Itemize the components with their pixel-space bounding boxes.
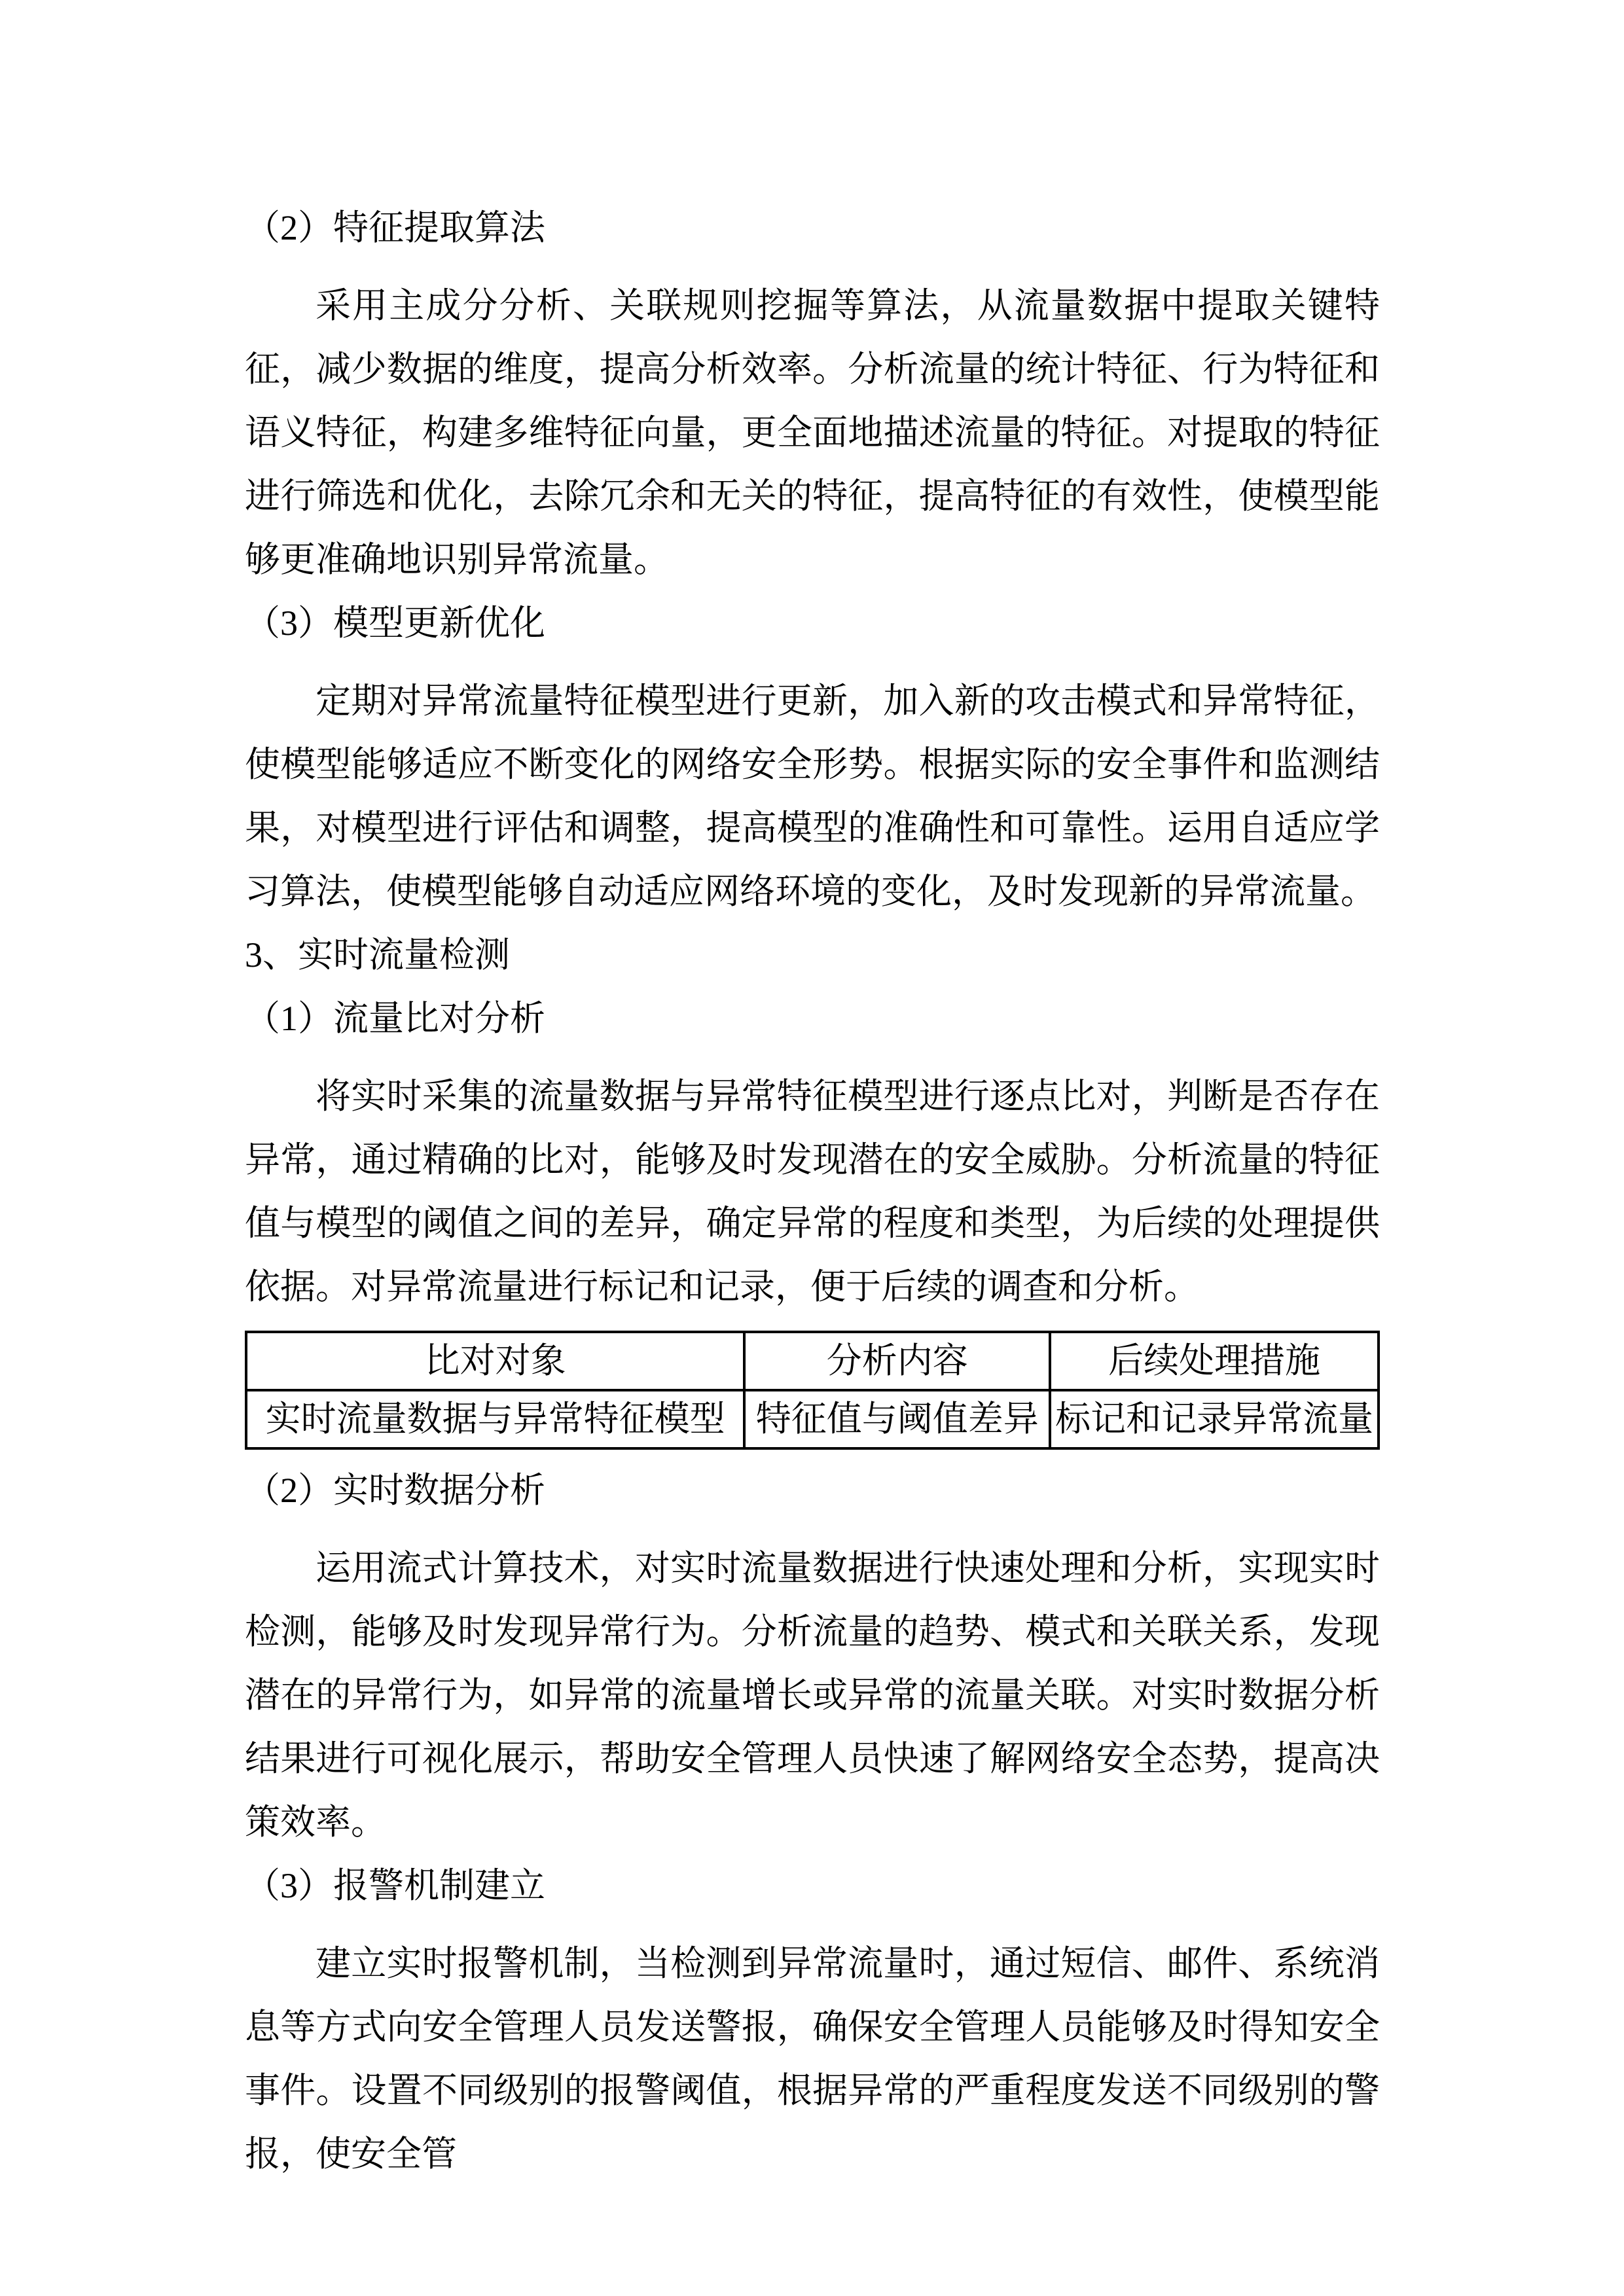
table-header-comparison-object: 比对对象	[246, 1332, 744, 1390]
para-model-update: 定期对异常流量特征模型进行更新，加入新的攻击模式和异常特征，使模型能够适应不断变…	[245, 670, 1380, 924]
para-feature-extraction: 采用主成分分析、关联规则挖掘等算法，从流量数据中提取关键特征，减少数据的维度，提…	[245, 274, 1380, 592]
document-page: （2）特征提取算法 采用主成分分析、关联规则挖掘等算法，从流量数据中提取关键特征…	[0, 0, 1624, 2296]
heading-traffic-comparison-analysis: （1）流量比对分析	[245, 987, 1380, 1050]
table-cell-followup-measures: 标记和记录异常流量	[1050, 1390, 1379, 1448]
heading-model-update-optimization: （3）模型更新优化	[245, 592, 1380, 655]
comparison-table: 比对对象 分析内容 后续处理措施 实时流量数据与异常特征模型 特征值与阈值差异 …	[245, 1331, 1380, 1450]
para-traffic-comparison: 将实时采集的流量数据与异常特征模型进行逐点比对，判断是否存在异常，通过精确的比对…	[245, 1065, 1380, 1319]
table-header-analysis-content: 分析内容	[744, 1332, 1050, 1390]
heading-alarm-mechanism: （3）报警机制建立	[245, 1854, 1380, 1918]
para-alarm-mechanism: 建立实时报警机制，当检测到异常流量时，通过短信、邮件、系统消息等方式向安全管理人…	[245, 1932, 1380, 2186]
table-header-followup-measures: 后续处理措施	[1050, 1332, 1379, 1390]
heading-feature-extraction-algorithm: （2）特征提取算法	[245, 196, 1380, 260]
table-header-row: 比对对象 分析内容 后续处理措施	[246, 1332, 1379, 1390]
para-realtime-data-analysis: 运用流式计算技术，对实时流量数据进行快速处理和分析，实现实时检测，能够及时发现异…	[245, 1537, 1380, 1854]
document-content: （2）特征提取算法 采用主成分分析、关联规则挖掘等算法，从流量数据中提取关键特征…	[245, 196, 1380, 2186]
table-row: 实时流量数据与异常特征模型 特征值与阈值差异 标记和记录异常流量	[246, 1390, 1379, 1448]
table-cell-analysis-content: 特征值与阈值差异	[744, 1390, 1050, 1448]
table-cell-comparison-object: 实时流量数据与异常特征模型	[246, 1390, 744, 1448]
heading-realtime-data-analysis: （2）实时数据分析	[245, 1459, 1380, 1522]
heading-realtime-traffic-detection: 3、实时流量检测	[245, 924, 1380, 987]
